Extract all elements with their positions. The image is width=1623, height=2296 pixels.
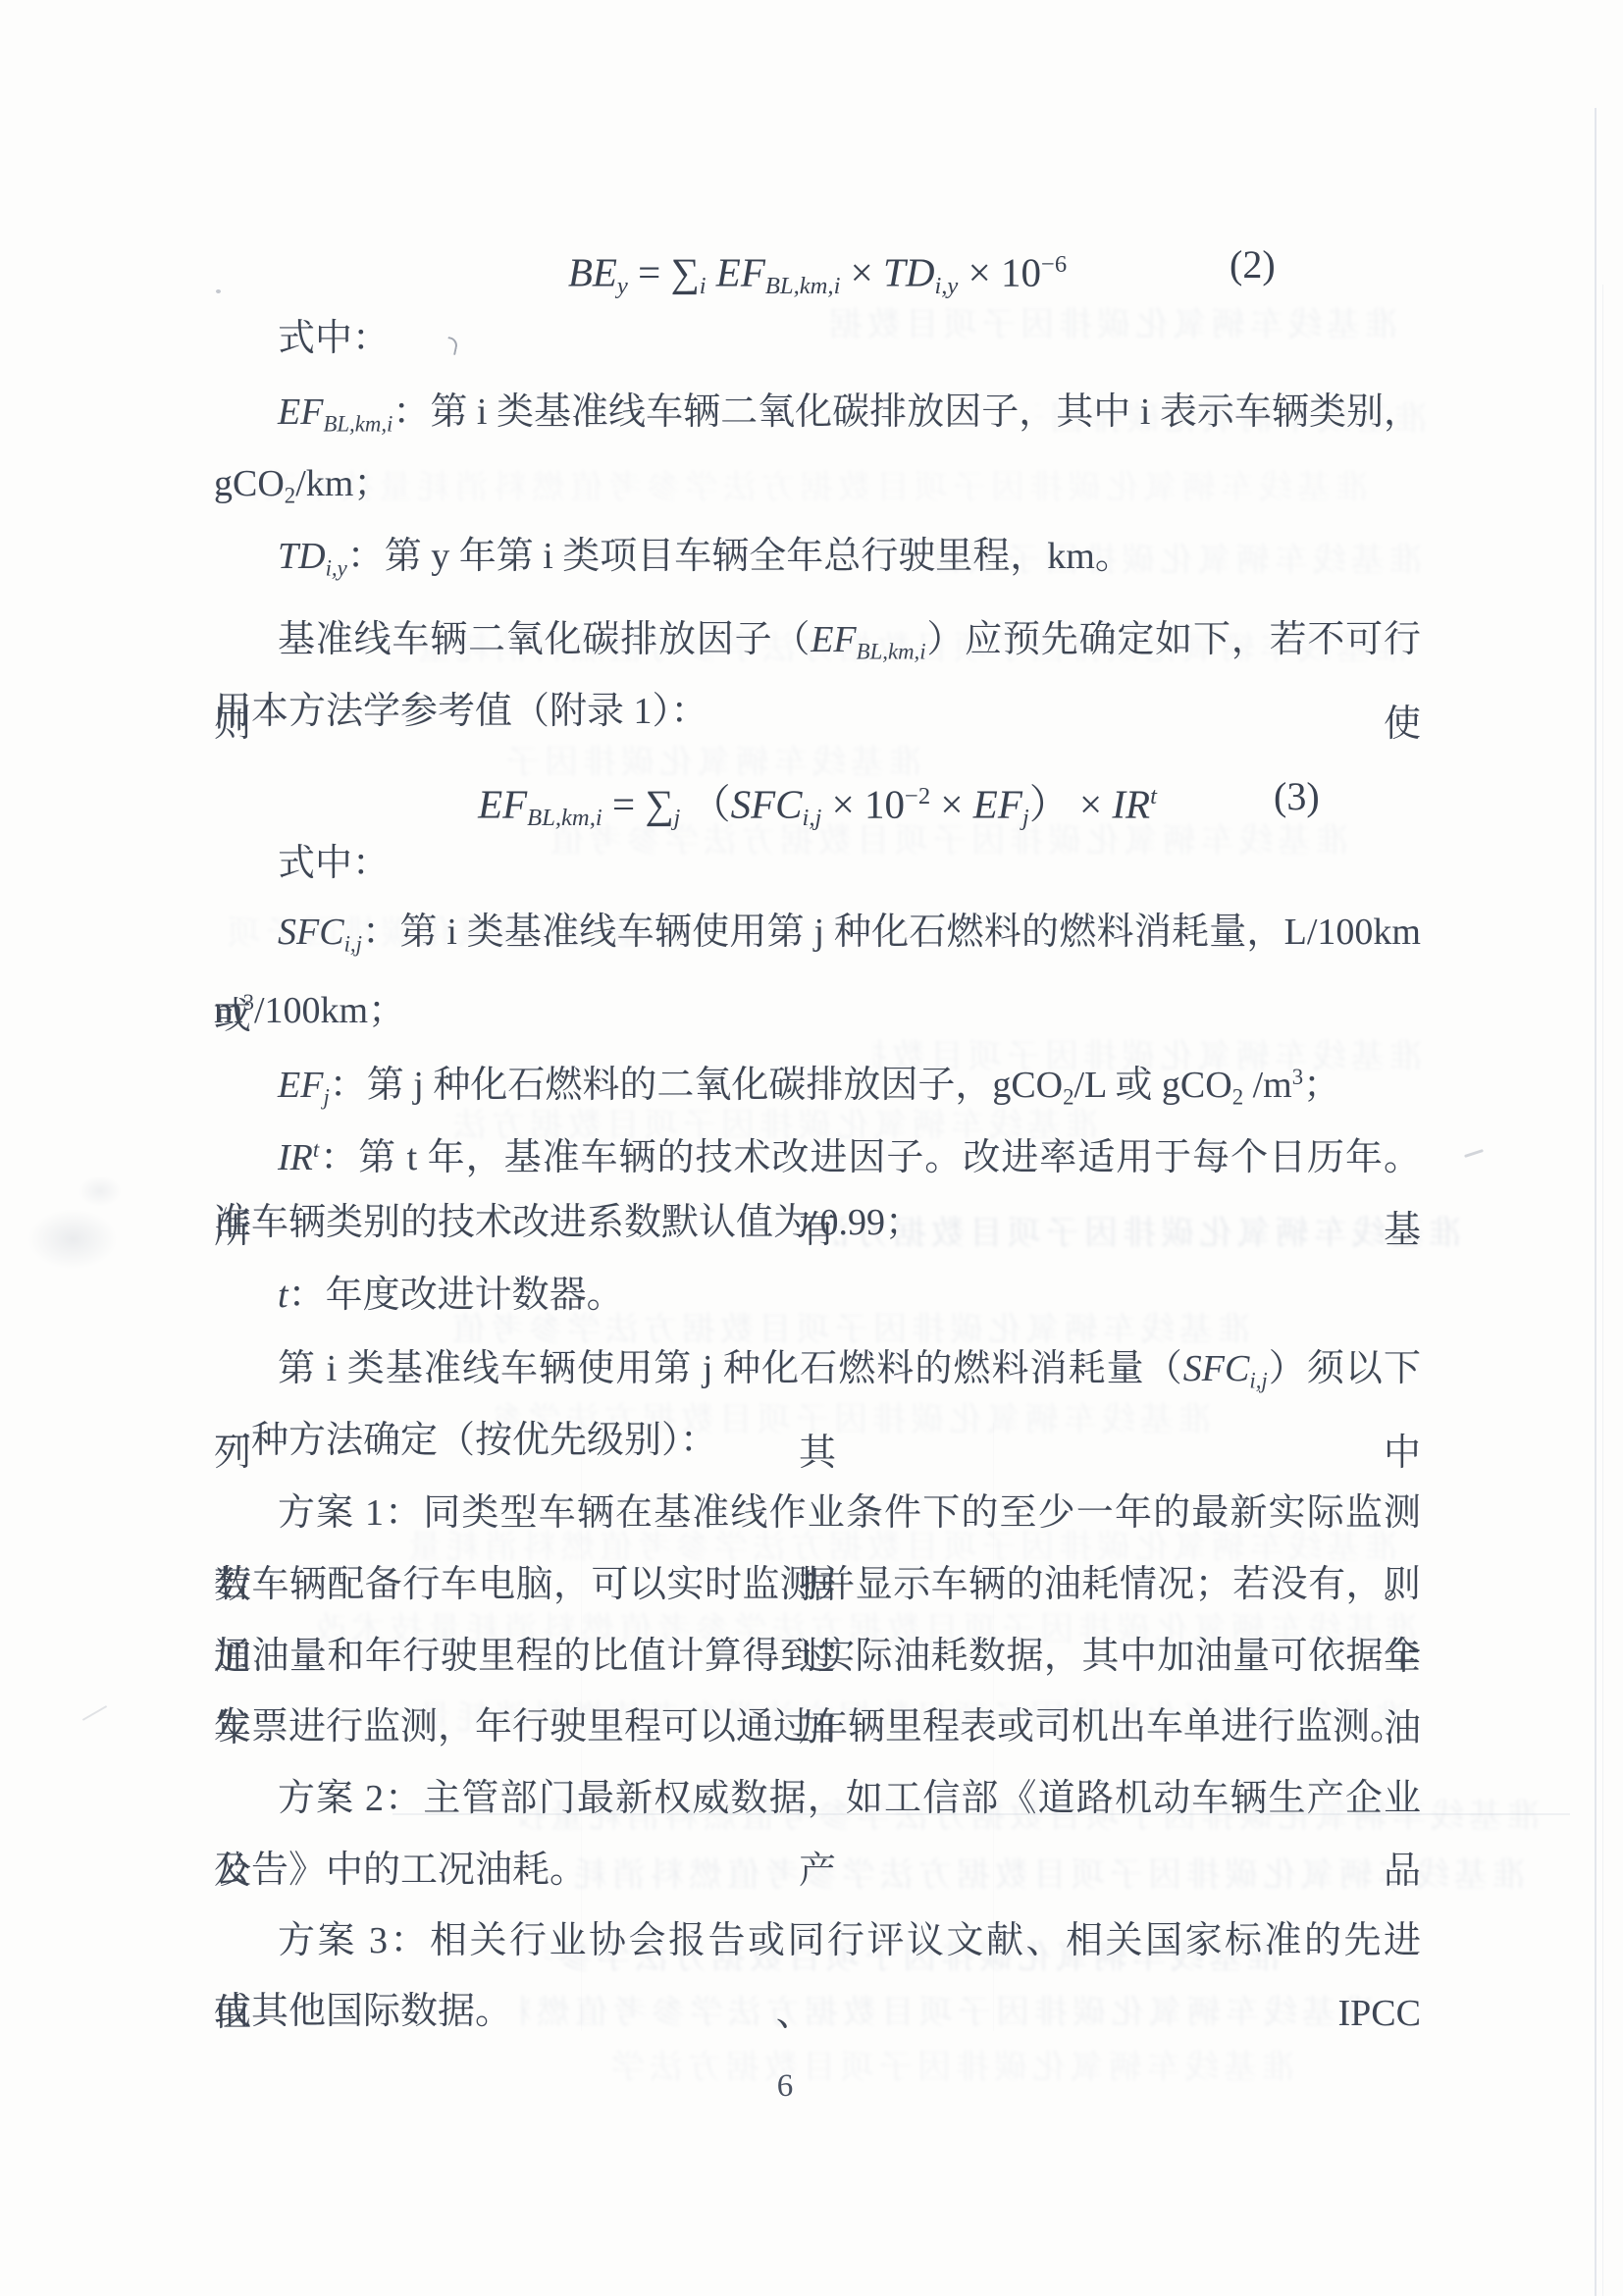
text-segment: EF (811, 619, 856, 660)
text-segment: × (930, 781, 973, 826)
text-segment: BL,km,i (765, 273, 841, 299)
text-segment: gCO (214, 463, 285, 504)
text-segment: SFC (731, 781, 803, 826)
text-segment: 2 (1232, 1085, 1243, 1110)
text-line: 式中： (214, 302, 1421, 375)
text-line: 若车辆配备行车电脑，可以实时监测并显示车辆的油耗情况；若没有，则通过年 (214, 1548, 1421, 1621)
text-line: EFBL,km,i：第 i 类基准线车辆二氧化碳排放因子，其中 i 表示车辆类别… (214, 376, 1421, 448)
text-segment: ∑ (645, 781, 673, 826)
text-segment: 发票进行监测，年行驶里程可以通过车辆里程表或司机出车单进行监测。 (214, 1706, 1407, 1748)
text-segment: 式中： (278, 318, 390, 359)
text-segment: ） × (1029, 781, 1113, 826)
text-segment: 2 (1063, 1085, 1073, 1110)
text-segment: × 10 (958, 249, 1041, 294)
formula-line: BEy = ∑i EFBL,km,i × TDi,y × 10−6(2) (214, 226, 1421, 304)
text-segment: −6 (1041, 251, 1067, 278)
text-segment: i,y (326, 555, 347, 580)
text-segment: EF (478, 781, 527, 826)
text-segment: t (278, 1275, 288, 1316)
text-segment: 公告》中的工况油耗。 (214, 1850, 587, 1891)
text-segment: i,j (344, 931, 362, 956)
text-line: 准车辆类别的技术改进系数默认值为 0.99； (214, 1186, 1421, 1259)
text-segment: TD (883, 249, 934, 294)
text-segment: IR (278, 1137, 313, 1178)
text-line: 式中： (214, 827, 1421, 900)
text-line: EFj：第 j 种化石燃料的二氧化碳排放因子，gCO2/L 或 gCO2 /m3… (214, 1041, 1421, 1114)
text-line: 基准线车辆二氧化碳排放因子（EFBL,km,i）应预先确定如下，若不可行则使 (214, 603, 1421, 676)
text-segment: ； (1303, 1065, 1340, 1106)
text-segment: 第 i 类基准线车辆使用第 j 种化石燃料的燃料消耗量（ (278, 1348, 1183, 1389)
text-line: 第 i 类基准线车辆使用第 j 种化石燃料的燃料消耗量（SFCi,j）须以下列其… (214, 1332, 1421, 1405)
text-segment: i,y (934, 273, 958, 299)
text-segment: 3 (243, 990, 254, 1015)
equation-number: (3) (1274, 757, 1320, 836)
text-segment: EF (973, 781, 1022, 826)
text-segment: ：第 y 年第 i 类项目车辆全年总行驶里程，km。 (347, 536, 1132, 577)
text-segment: ：第 j 种化石燃料的二氧化碳排放因子，gCO (330, 1065, 1063, 1106)
text-segment: −2 (905, 783, 930, 809)
document-content: BEy = ∑i EFBL,km,i × TDi,y × 10−6(2)式中：E… (0, 0, 1623, 2296)
text-segment: BL,km,i (323, 411, 393, 436)
text-line: 一种方法确定（按优先级别）： (214, 1404, 1421, 1477)
text-segment: 3 (1292, 1065, 1303, 1089)
text-segment: = (602, 781, 646, 826)
text-line: 公告》中的工况油耗。 (214, 1834, 1421, 1906)
text-line: 或其他国际数据。 (214, 1975, 1421, 2048)
text-line: 方案 1：同类型车辆在基准线作业条件下的至少一年的最新实际监测数据。 (214, 1477, 1421, 1549)
text-segment (707, 249, 716, 294)
text-line: IRt：第 t 年，基准车辆的技术改进因子。改进率适用于每个日历年。所有基 (214, 1114, 1421, 1186)
text-segment: /km； (295, 463, 391, 504)
text-segment: m (214, 990, 243, 1031)
text-segment: 用本方法学参考值（附录 1）： (214, 691, 708, 732)
text-segment: （ (680, 781, 730, 826)
text-line: 加油量和年行驶里程的比值计算得到实际油耗数据，其中加油量可依据全年加油 (214, 1620, 1421, 1693)
text-segment: 准车辆类别的技术改进系数默认值为 0.99； (214, 1202, 922, 1243)
text-segment: × 10 (821, 781, 905, 826)
text-segment: /100km； (254, 990, 405, 1031)
text-segment: 基准线车辆二氧化碳排放因子（ (278, 619, 811, 660)
text-segment: 或其他国际数据。 (214, 1991, 512, 2032)
text-segment: 式中： (278, 843, 390, 884)
text-segment: 一种方法确定（按优先级别）： (214, 1420, 717, 1461)
text-segment: y (617, 273, 628, 299)
text-line: TDi,y：第 y 年第 i 类项目车辆全年总行驶里程，km。 (214, 520, 1421, 593)
text-segment: SFC (1183, 1348, 1250, 1389)
formula-line: EFBL,km,i = ∑j （SFCi,j × 10−2 × EFj） × I… (214, 757, 1421, 836)
text-segment: BE (568, 249, 617, 294)
text-segment: TD (278, 536, 326, 577)
text-line: t：年度改进计数器。 (214, 1259, 1421, 1331)
text-segment: t (1150, 783, 1157, 809)
text-segment: /L 或 gCO (1074, 1065, 1232, 1106)
text-segment: ：第 i 类基准线车辆二氧化碳排放因子，其中 i 表示车辆类别， (393, 391, 1421, 433)
text-segment: i,j (1249, 1368, 1267, 1392)
text-segment: i (700, 273, 707, 299)
text-segment: BL,km,i (857, 639, 926, 663)
text-line: gCO2/km； (214, 447, 1421, 520)
text-segment: ：年度改进计数器。 (288, 1275, 624, 1316)
text-line: 方案 3：相关行业协会报告或同行评议文献、相关国家标准的先进值、IPCC (214, 1905, 1421, 1977)
text-line: 发票进行监测，年行驶里程可以通过车辆里程表或司机出车单进行监测。 (214, 1691, 1421, 1763)
text-segment: 2 (285, 483, 295, 507)
text-segment: = (628, 249, 671, 294)
text-segment: EF (278, 1065, 323, 1106)
text-segment: SFC (278, 912, 344, 953)
text-line: 用本方法学参考值（附录 1）： (214, 675, 1421, 748)
text-line: SFCi,j：第 i 类基准线车辆使用第 j 种化石燃料的燃料消耗量，L/100… (214, 896, 1421, 968)
text-segment: × (840, 249, 883, 294)
page-number: 6 (751, 2068, 819, 2105)
document-page: 准基线车辆氧化碳排因子项目数据方法学参考值燃料消耗量技术改进标准监测行驶里程企业… (0, 0, 1623, 2296)
text-segment: ∑ (670, 249, 699, 294)
text-segment: /m (1243, 1065, 1292, 1106)
text-segment: EF (278, 391, 323, 433)
text-line: 方案 2：主管部门最新权威数据，如工信部《道路机动车辆生产企业及产品 (214, 1762, 1421, 1835)
text-line: m3/100km； (214, 966, 1421, 1039)
text-segment: IR (1112, 781, 1150, 826)
text-segment: EF (716, 249, 765, 294)
equation-number: (2) (1230, 226, 1276, 304)
